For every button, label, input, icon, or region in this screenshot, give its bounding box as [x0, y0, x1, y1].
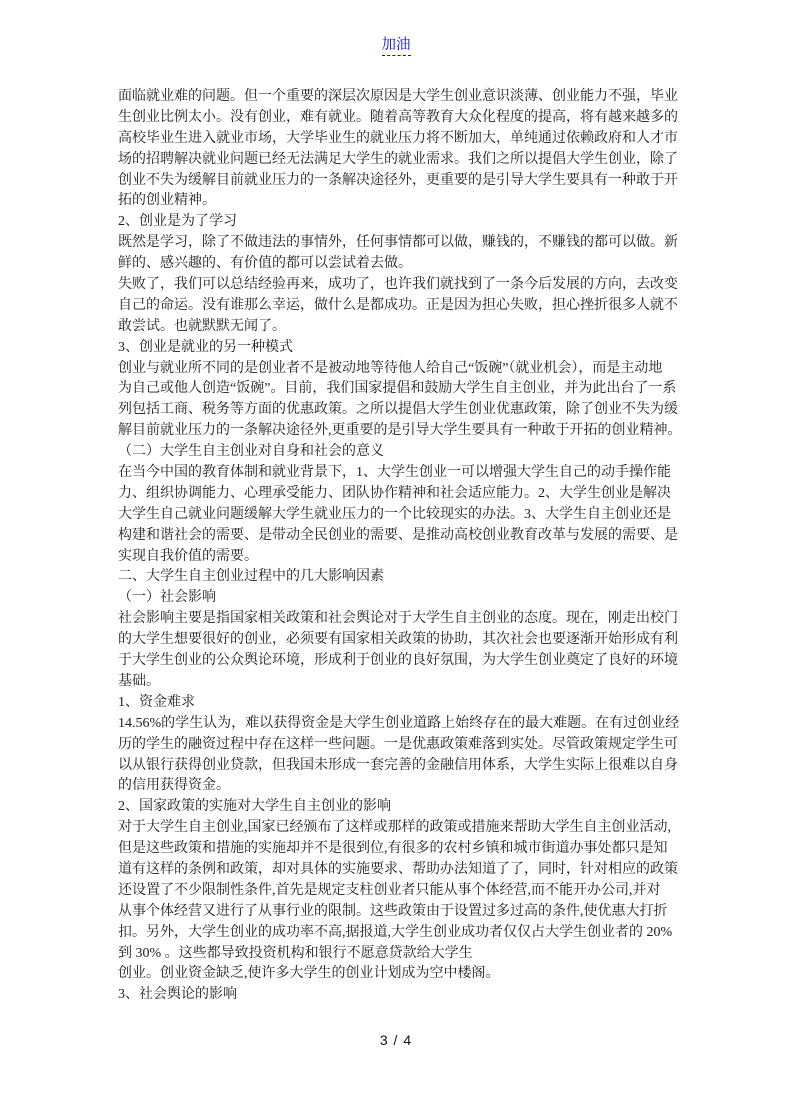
text-line: 的大学生想要很好的创业，必须要有国家相关政策的协助，其次社会也要逐渐开始形成有利	[118, 630, 680, 651]
text-line: 拓的创业精神。	[118, 191, 680, 212]
text-line: 列包括工商、税务等方面的优惠政策。之所以提倡大学生创业优惠政策，除了创业不失为缓	[118, 400, 680, 421]
text-line: 3、创业是就业的另一种模式	[118, 338, 680, 359]
text-line: （二）大学生自主创业对自身和社会的意义	[118, 442, 680, 463]
text-line: 于大学生创业的公众舆论环境，形成利于创业的良好氛围，为大学生创业奠定了良好的环境	[118, 651, 680, 672]
text-line: 高校毕业生进入就业市场，大学毕业生的就业压力将不断加大，单纯通过依赖政府和人才市	[118, 129, 680, 150]
text-line: 基础。	[118, 672, 680, 693]
text-line: 大学生自己就业问题缓解大学生就业压力的一个比较现实的办法。3、大学生自主创业还是	[118, 505, 680, 526]
text-line: 2、创业是为了学习	[118, 212, 680, 233]
text-line: 道有这样的条例和政策，却对具体的实施要求、帮助办法知道了了，同时，针对相应的政策	[118, 860, 680, 881]
text-line: 对于大学生自主创业,国家已经颁布了这样或那样的政策或措施来帮助大学生自主创业活动…	[118, 818, 680, 839]
text-line: 力、组织协调能力、心理承受能力、团队协作精神和社会适应能力。2、大学生创业是解决	[118, 484, 680, 505]
text-line: 但是这些政策和措施的实施却并不是很到位,有很多的农村乡镇和城市街道办事处都只是知	[118, 839, 680, 860]
text-line: 还设置了不少限制性条件,首先是规定支柱创业者只能从事个体经营,而不能开办公司,并…	[118, 881, 680, 902]
text-line: 到 30% 。这些都导致投资机构和银行不愿意贷款给大学生	[118, 944, 680, 965]
text-line: 3、社会舆论的影响	[118, 985, 680, 1006]
text-line: 的信用获得资金。	[118, 776, 680, 797]
text-line: （一）社会影响	[118, 588, 680, 609]
document-body: 面临就业难的问题。但一个重要的深层次原因是大学生创业意识淡薄、创业能力不强，毕业…	[118, 87, 680, 1006]
page-footer: 3 / 4	[0, 1032, 792, 1050]
text-line: 生创业比例太小。没有创业，难有就业。随着高等教育大众化程度的提高，将有越来越多的	[118, 108, 680, 129]
text-line: 构建和谐社会的需要、是带动全民创业的需要、是推动高校创业教育改革与发展的需要、是	[118, 526, 680, 547]
text-line: 创业不失为缓解目前就业压力的一条解决途径外，更重要的是引导大学生要具有一种敢于开	[118, 171, 680, 192]
text-line: 社会影响主要是指国家相关政策和社会舆论对于大学生自主创业的态度。现在，刚走出校门	[118, 609, 680, 630]
page-header: 加油	[0, 36, 792, 56]
page-number: 3 / 4	[380, 1032, 412, 1048]
text-line: 敢尝试。也就默默无闻了。	[118, 317, 680, 338]
text-line: 场的招聘解决就业问题已经无法满足大学生的就业需求。我们之所以提倡大学生创业，除了	[118, 150, 680, 171]
text-line: 从事个体经营又进行了从事行业的限制。这些政策由于设置过多过高的条件,使优惠大打折	[118, 902, 680, 923]
document-page: 加油 面临就业难的问题。但一个重要的深层次原因是大学生创业意识淡薄、创业能力不强…	[0, 0, 792, 1120]
text-line: 既然是学习，除了不做违法的事情外，任何事情都可以做，赚钱的，不赚钱的都可以做。新	[118, 233, 680, 254]
text-line: 失败了，我们可以总结经验再来，成功了，也许我们就找到了一条今后发展的方向，去改变	[118, 275, 680, 296]
text-line: 扣。另外，大学生创业的成功率不高,据报道,大学生创业成功者仅仅占大学生创业者的 …	[118, 923, 680, 944]
text-line: 在当今中国的教育体制和就业背景下，1、大学生创业一可以增强大学生自己的动手操作能	[118, 463, 680, 484]
text-line: 创业。创业资金缺乏,使许多大学生的创业计划成为空中楼阁。	[118, 964, 680, 985]
text-line: 鲜的、感兴趣的、有价值的都可以尝试着去做。	[118, 254, 680, 275]
text-line: 14.56%的学生认为，难以获得资金是大学生创业道路上始终存在的最大难题。在有过…	[118, 714, 680, 735]
text-line: 二、大学生自主创业过程中的几大影响因素	[118, 567, 680, 588]
text-line: 自己的命运。没有谁那么幸运，做什么是都成功。正是因为担心失败，担心挫折很多人就不	[118, 296, 680, 317]
text-line: 1、资金难求	[118, 693, 680, 714]
text-line: 2、国家政策的实施对大学生自主创业的影响	[118, 797, 680, 818]
text-line: 面临就业难的问题。但一个重要的深层次原因是大学生创业意识淡薄、创业能力不强，毕业	[118, 87, 680, 108]
text-line: 创业与就业所不同的是创业者不是被动地等待他人给自己“饭碗”（就业机会），而是主动…	[118, 359, 680, 380]
text-line: 解目前就业压力的一条解决途径外,更重要的是引导大学生要具有一种敢于开拓的创业精神…	[118, 421, 680, 442]
text-line: 实现自我价值的需要。	[118, 547, 680, 568]
text-line: 以从银行获得创业贷款，但我国未形成一套完善的金融信用体系，大学生实际上很难以自身	[118, 756, 680, 777]
text-line: 历的学生的融资过程中存在这样一些问题。一是优惠政策难落到实处。尽管政策规定学生可	[118, 735, 680, 756]
header-link[interactable]: 加油	[382, 37, 411, 56]
text-line: 为自己或他人创造“饭碗”。目前，我们国家提倡和鼓励大学生自主创业，并为此出台了一…	[118, 379, 680, 400]
